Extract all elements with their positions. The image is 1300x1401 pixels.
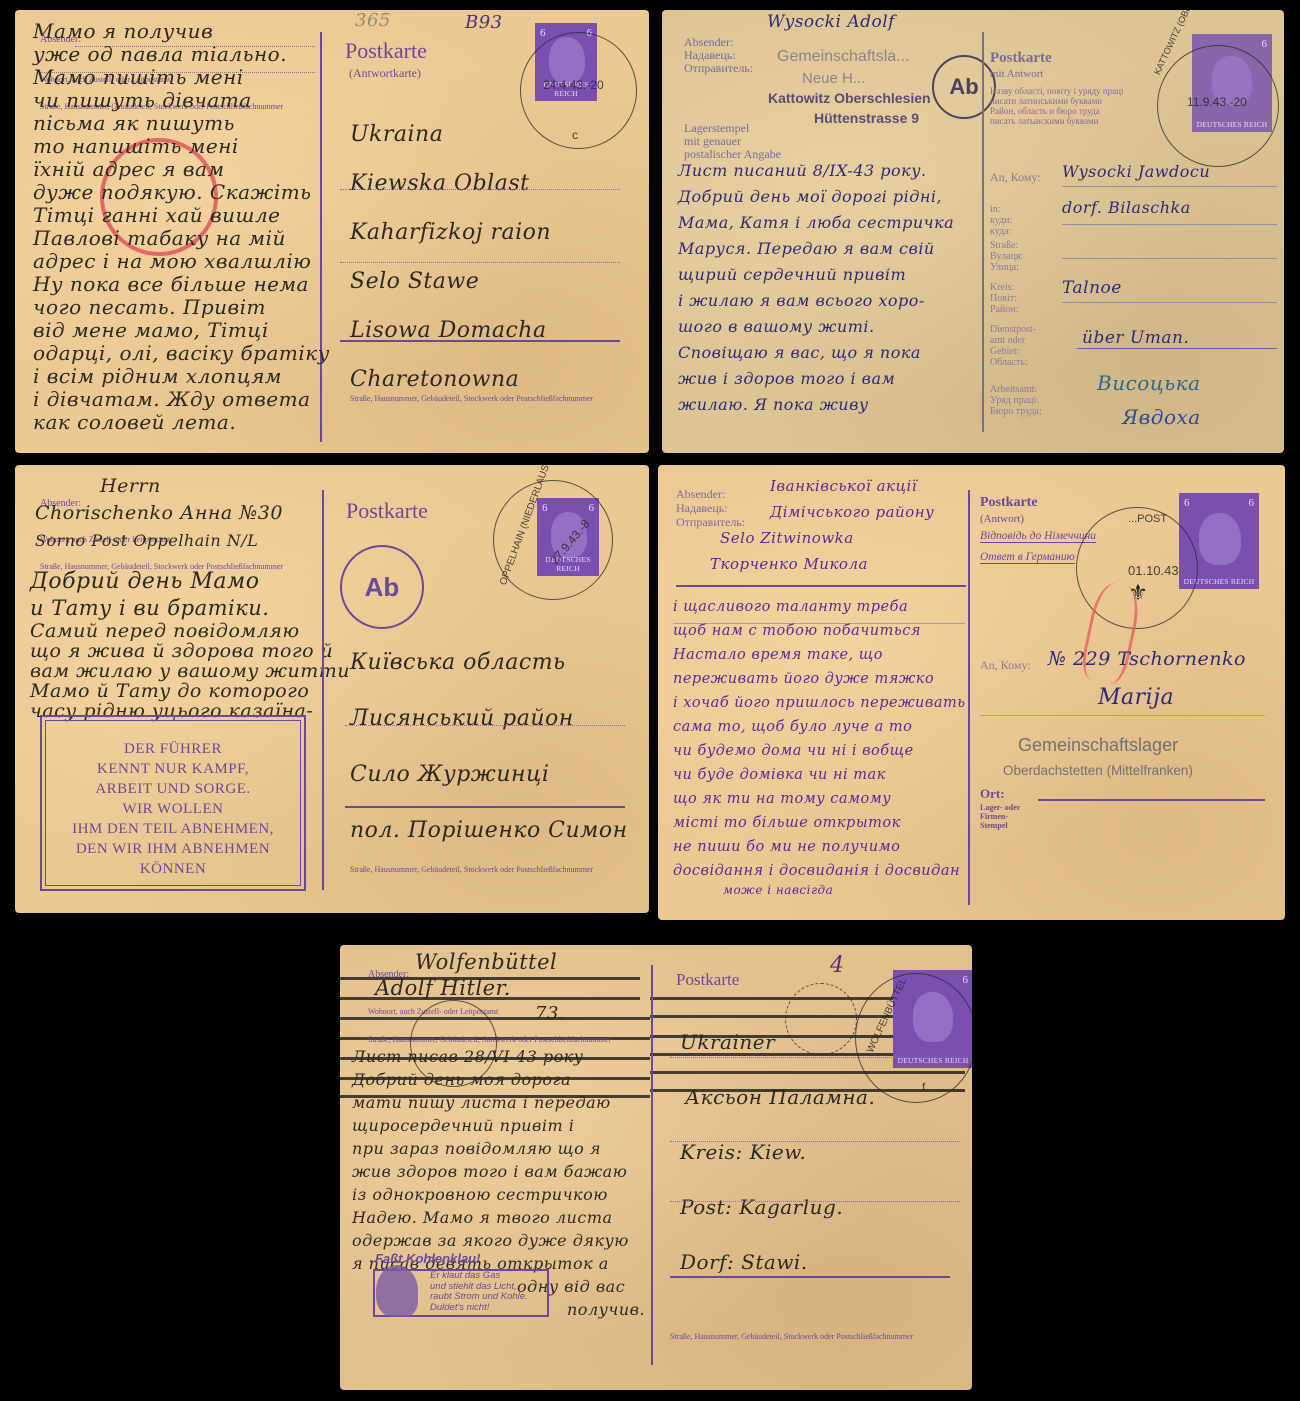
address-rule xyxy=(340,262,620,264)
address-rule xyxy=(1062,224,1277,226)
address-rule xyxy=(340,340,620,343)
address-rule xyxy=(340,189,620,191)
sender-handwritten: Wysocki Adolf xyxy=(767,12,895,32)
address-rule xyxy=(345,725,625,727)
address-in: dorf. Bilaschka xyxy=(1062,198,1191,217)
message-text: Добрий день Мамои Тату і ви братіки.Сами… xyxy=(30,569,350,721)
stamp-value: 6 xyxy=(963,974,969,986)
sender-text: Іванківської акціїДімічського району Sel… xyxy=(770,473,934,577)
postcard-4: Absender:Надавець:Отправитель: Іванківсь… xyxy=(658,465,1285,920)
sender-labels: Absender:Надавець:Отправитель: xyxy=(676,487,745,529)
pencil-annotation: 365 xyxy=(355,10,391,31)
postcard-title: Postkarte xyxy=(346,498,428,524)
postcard-title: Postkarte xyxy=(990,50,1052,67)
sender-divider xyxy=(676,585,966,588)
address-rule xyxy=(670,1141,960,1143)
street-label: Straße, Hausnummer, Gebäudeteil, Stockwe… xyxy=(350,865,593,874)
address-rule xyxy=(1062,302,1277,304)
postcard-subtitle: mit Antwort xyxy=(990,68,1043,80)
place-sublabel: Lager- oderFirmen-Stempel xyxy=(980,803,1020,830)
address-rule xyxy=(670,1201,960,1203)
place-rule xyxy=(1038,799,1265,802)
postmark-letter: c xyxy=(572,128,578,142)
postmark-circle xyxy=(493,480,613,600)
stamp-value: 6 xyxy=(1262,38,1268,50)
postcard-subtitle: (Antwort) xyxy=(980,513,1024,525)
camp-stamp-labels: Lagerstempelmit genauerpostalischer Anga… xyxy=(684,122,781,161)
address-text: Київська областьЛисянський районСило Жур… xyxy=(350,635,628,859)
field-labels-street: Straße:Вулаця:Улица: xyxy=(990,240,1023,273)
camp-stamp-line: Gemeinschaftslager xyxy=(1018,735,1178,756)
street-label: Straße, Hausnummer, Gebäudeteil, Stockwe… xyxy=(670,1332,913,1341)
postcard-1: Absender: Wohnort, auch Zustell- oder Le… xyxy=(15,10,649,453)
place-label: Ort: xyxy=(980,786,1005,802)
postcard-5: Absender: Wohnort, auch Zustell- oder Le… xyxy=(340,945,972,1390)
ink-annotation: 4 xyxy=(830,953,845,978)
address-name: Marija xyxy=(1098,685,1174,710)
postmark-date: 01.10.43 xyxy=(1128,563,1179,578)
kohlenklau-figure-icon xyxy=(376,1265,418,1317)
postcard-3: Absender: Wohnort, auch Zustell- oder Le… xyxy=(15,465,649,913)
field-labels-kreis: Kreis:Повіт:Район: xyxy=(990,282,1018,315)
postmark-date: 24.4.43.-20 xyxy=(543,78,604,92)
postcard-title: Postkarte xyxy=(345,38,427,64)
postcard-2: Wysocki Adolf Absender:Надавець:Отправит… xyxy=(662,10,1284,453)
divider-line xyxy=(968,490,970,905)
address-to: Wysocki Jawdoси xyxy=(1062,162,1210,181)
to-label: An, Кому: xyxy=(990,170,1041,185)
address-rule xyxy=(670,1057,960,1059)
reply-russian: Ответ в Германию xyxy=(980,551,1075,564)
address-text: UkrainaKiewska OblastKaharfizkoj raionSe… xyxy=(350,110,551,404)
postcard-subtitle: (Antwortkarte) xyxy=(349,66,421,81)
address-rule xyxy=(980,715,1265,717)
stamp-value: 6 xyxy=(1249,497,1255,509)
ink-annotation: B93 xyxy=(465,12,503,33)
postmark-place: ...POST xyxy=(1128,513,1167,525)
to-label: An, Кому: xyxy=(980,658,1031,673)
message-text: і щасливого таланту требащоб нам с тобою… xyxy=(673,595,966,897)
camp-stamp-line: Hüttenstrasse 9 xyxy=(814,110,919,126)
divider-line xyxy=(982,32,984,432)
postmark-letter: f xyxy=(922,1080,925,1094)
slogan-text: DER FÜHRERKENNT NUR KAMPF,ARBEIT UND SOR… xyxy=(42,739,304,879)
slogan-box: DER FÜHRERKENNT NUR KAMPF,ARBEIT UND SOR… xyxy=(40,715,306,891)
field-labels-in: in:куди:куда: xyxy=(990,204,1012,237)
address-rule xyxy=(345,806,625,809)
censor-ab-mark: Ab xyxy=(932,55,996,119)
field-labels-gebiet: Dienstpost-amt oderGebiet:Область: xyxy=(990,324,1036,368)
camp-stamp-line: Gemeinschaftsla... xyxy=(777,48,910,66)
address-to: № 229 Tschornenko xyxy=(1048,648,1246,670)
stamp-value: 6 xyxy=(540,27,546,39)
postcard-title: Postkarte xyxy=(980,495,1038,511)
address-rule xyxy=(1062,186,1277,188)
postcard-title: Postkarte xyxy=(676,970,739,990)
portrait-icon xyxy=(1199,513,1241,565)
instructions: Назву області, повіту і уряду праціписат… xyxy=(990,86,1124,126)
stamp-value: 6 xyxy=(1184,497,1190,509)
reply-ukrainian: Відповідь до Німеччини xyxy=(980,530,1096,543)
sender-labels: Absender:Надавець:Отправитель: xyxy=(684,36,753,75)
street-label: Straße, Hausnummer, Gebäudeteil, Stockwe… xyxy=(350,394,593,403)
address-arbeitsamt: Висоцька Явдоха xyxy=(1097,366,1201,434)
field-labels-arbeitsamt: Arbeitsamt:Уряд праці:Бюро труда: xyxy=(990,384,1042,417)
censor-ab-mark: Ab xyxy=(340,545,424,629)
postmark-date: 11.9.43.-20 xyxy=(1187,95,1247,109)
ad-text: Er klaut das Gasund stiehlt das Licht,ra… xyxy=(430,1271,528,1313)
camp-stamp-line: Oberdachstetten (Mittelfranken) xyxy=(1003,763,1193,778)
ruled-line xyxy=(673,623,965,624)
message-text: Лист писаний 8/IX-43 року.Добрий день мо… xyxy=(678,158,954,418)
ad-title: Faßt Kohlenklau! xyxy=(375,1251,480,1266)
message-text: Мамо я получивуже од павла тіально.Мамо … xyxy=(33,20,330,434)
camp-stamp-line: Kattowitz Oberschlesien xyxy=(768,90,931,106)
address-gebiet: über Uman. xyxy=(1082,328,1189,348)
address-rule xyxy=(670,1276,950,1279)
divider-line xyxy=(322,490,324,890)
address-rule xyxy=(1077,348,1277,350)
address-rule xyxy=(1062,258,1277,260)
camp-stamp-line: Neue H... xyxy=(802,70,865,87)
sender-text: Herrn Chorischenko Анна №30 Sorno Post O… xyxy=(35,473,283,554)
divider-line xyxy=(651,965,653,1365)
address-kreis: Talnoe xyxy=(1062,278,1122,298)
